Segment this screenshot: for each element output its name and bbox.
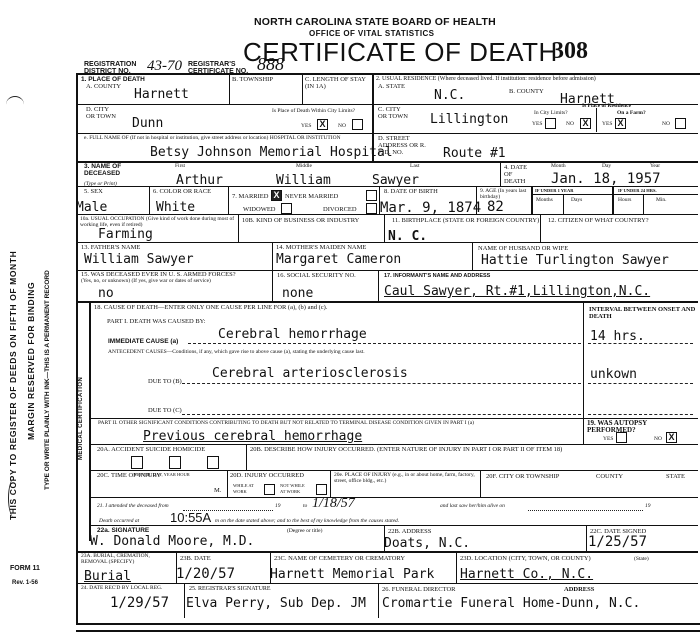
widowed-checkbox[interactable] xyxy=(281,203,292,214)
death-city-label: d. CITY OR TOWN xyxy=(86,106,118,120)
county-label: a. COUNTY xyxy=(86,83,121,90)
attended-to-label: to xyxy=(303,503,307,509)
on-farm-no-checkbox[interactable] xyxy=(675,118,686,129)
burial-location-label: 23d. LOCATION (City, town, or county) xyxy=(460,555,591,562)
margin-instruction-3: TYPE OR WRITE PLAINLY WITH INK—THIS IS A… xyxy=(44,270,51,490)
on-farm-label: On a Farm? xyxy=(617,110,646,116)
due-to-b-interval-value: unkown xyxy=(590,368,637,382)
residence-city-value: Lillington xyxy=(430,113,508,127)
mother-name-label: 14. MOTHER'S MAIDEN NAME xyxy=(276,244,366,251)
first-name-label: First xyxy=(175,163,185,169)
armed-forces-sublabel: (Yes, no, or unknown) (If yes, give war … xyxy=(81,278,211,284)
physician-address-label: 22b. ADDRESS xyxy=(388,528,431,535)
while-at-work-label: WHILE AT WORK xyxy=(233,483,258,495)
divorced-checkbox[interactable] xyxy=(366,203,377,214)
middle-name-label: Middle xyxy=(296,163,312,169)
within-city-yes-label: YES xyxy=(301,123,311,129)
within-city-yes-checkbox[interactable]: X xyxy=(317,119,328,130)
armed-forces-value: no xyxy=(98,287,114,301)
informant-value: Caul Sawyer, Rt.#1,Lillington,N.C. xyxy=(384,285,650,299)
father-name-value: William Sawyer xyxy=(84,253,194,267)
burial-date-label: 23b. DATE xyxy=(180,555,211,562)
on-farm-yes-checkbox[interactable]: X xyxy=(615,118,626,129)
interval-label: INTERVAL BETWEEN ONSET AND DEATH xyxy=(589,306,697,320)
margin-bracket-top xyxy=(6,96,24,113)
death-city-value: Dunn xyxy=(132,117,163,131)
burial-value: Burial xyxy=(84,570,131,584)
date-signed-value: 1/25/57 xyxy=(588,535,647,549)
citizen-label: 12. CITIZEN OF WHAT COUNTRY? xyxy=(548,217,649,224)
injury-state-label: STATE xyxy=(666,473,685,480)
physician-address-value: Doats, N.C. xyxy=(384,537,470,551)
street-address-value: Route #1 xyxy=(443,147,506,161)
birthplace-label: 11. BIRTHPLACE (State or foreign country… xyxy=(392,217,539,224)
residence-state-label: a. STATE xyxy=(378,83,405,90)
autopsy-no-label: NO xyxy=(654,436,662,442)
date-of-death-value: Jan. 18, 1957 xyxy=(551,172,661,186)
attended-nineteen-2: 19 xyxy=(645,503,651,509)
accident-checkbox[interactable] xyxy=(131,456,143,469)
race-value: White xyxy=(156,201,195,215)
part-one-label: PART I. DEATH WAS CAUSED BY: xyxy=(107,318,206,325)
injury-county-label: COUNTY xyxy=(596,473,623,480)
residence-county-label: b. COUNTY xyxy=(509,88,544,95)
last-saw-label: and last saw her/him alive on xyxy=(440,503,505,509)
not-at-work-checkbox[interactable] xyxy=(316,484,327,495)
in-city-limits-label: In City Limits? xyxy=(534,110,568,116)
never-married-label: NEVER MARRIED xyxy=(285,193,338,200)
attended-to-date: 1/18/57 xyxy=(312,496,355,512)
injury-occurred-label: 20d. INJURY OCCURRED xyxy=(230,472,304,479)
immediate-cause-label: IMMEDIATE CAUSE (a) xyxy=(108,338,178,345)
burial-state-label: (State) xyxy=(634,556,649,562)
deceased-name-label: 3. NAME OF DECEASED xyxy=(84,163,134,177)
length-of-stay-label: c. LENGTH OF STAY (in 1a) xyxy=(305,76,370,90)
year-label: Year xyxy=(650,163,660,169)
autopsy-yes-label: YES xyxy=(603,436,613,442)
in-city-yes-label: YES xyxy=(532,121,542,127)
married-checkbox[interactable]: X xyxy=(271,190,282,201)
funeral-director-label: 26. FUNERAL DIRECTOR xyxy=(382,586,456,593)
medical-certification-label: MEDICAL CERTIFICATION xyxy=(78,377,84,460)
ssn-label: 16. SOCIAL SECURITY NO. xyxy=(277,272,356,279)
race-label: 6. COLOR OR RACE xyxy=(153,188,211,195)
registrar-certificate-value: 888 xyxy=(257,54,284,75)
margin-bracket-bottom xyxy=(8,478,21,518)
date-received-value: 1/29/57 xyxy=(110,596,169,610)
death-occurred-label: Death occurred at xyxy=(99,518,139,524)
degree-title-label: (Degree or title) xyxy=(287,528,322,534)
date-of-birth-label: 8. DATE OF BIRTH xyxy=(384,188,438,195)
form-number: FORM 11 xyxy=(10,565,40,572)
in-city-yes-checkbox[interactable] xyxy=(545,118,556,129)
spouse-name-label: NAME OF HUSBAND OR WIFE xyxy=(478,245,568,252)
age-value: 82 xyxy=(487,200,504,214)
street-address-label: d. STREET ADDRESS or R. F. D. No. xyxy=(378,135,428,156)
time-of-injury-sublabel: MONTH, DAY, YEAR HOUR xyxy=(134,472,190,478)
autopsy-yes-checkbox[interactable] xyxy=(616,432,627,443)
days-label: Days xyxy=(571,197,582,203)
hours-label: Hours xyxy=(618,197,631,203)
certificate-number: 308 xyxy=(552,38,588,65)
minutes-label: Min. xyxy=(656,197,667,203)
months-label: Months xyxy=(536,197,553,203)
death-county-value: Harnett xyxy=(134,88,189,102)
due-to-b-value: Cerebral arteriosclerosis xyxy=(212,367,408,381)
death-occurred-suffix: m on the date stated above; and to the b… xyxy=(215,518,399,524)
place-of-injury-label: 20e. PLACE OF INJURY (e.g., in or about … xyxy=(334,472,484,484)
residence-label: 2. USUAL RESIDENCE (Where deceased lived… xyxy=(376,76,596,83)
place-of-residence-label: Is Place of Residence xyxy=(582,103,631,109)
due-to-b-label: DUE TO (b) xyxy=(148,378,182,385)
on-farm-yes-label: YES xyxy=(602,121,612,127)
armed-forces-label: 15. WAS DECEASED EVER IN U. S. ARMED FOR… xyxy=(81,271,236,278)
burial-location-value: Harnett Co., N.C. xyxy=(460,568,593,582)
burial-label: 23a. BURIAL, CREMATION, REMOVAL (Specify… xyxy=(81,553,176,565)
funeral-director-address-label: ADDRESS xyxy=(564,586,594,593)
within-city-no-label: NO xyxy=(338,123,346,129)
date-received-label: 24. DATE REC'D BY LOCAL REG. xyxy=(81,585,186,591)
autopsy-label: 19. WAS AUTOPSY PERFORMED? xyxy=(587,420,677,434)
part-two-value: Previous cerebral hemorrhage xyxy=(143,430,362,444)
in-city-no-label: NO xyxy=(566,121,574,127)
day-label: Day xyxy=(602,163,611,169)
residence-city-label: c. CITY OR TOWN xyxy=(378,106,410,120)
burial-date-value: 1/20/57 xyxy=(176,567,235,581)
part-two-label: PART II. OTHER SIGNIFICANT CONDITIONS CO… xyxy=(98,420,578,426)
father-name-label: 13. FATHER'S NAME xyxy=(81,244,140,251)
attended-from-label: 21. I attended the deceased from xyxy=(97,503,169,509)
place-of-death-label: 1. PLACE OF DEATH xyxy=(81,76,145,83)
occupation-value: Farming xyxy=(98,228,153,242)
immediate-cause-value: Cerebral hemorrhage xyxy=(218,328,367,342)
form-revision: Rev. 1-56 xyxy=(12,580,38,586)
attended-nineteen-1: 19 xyxy=(275,503,281,509)
sex-label: 5. SEX xyxy=(84,188,103,195)
not-at-work-label: NOT WHILE AT WORK xyxy=(280,483,310,495)
physician-signature-value: W. Donald Moore, M.D. xyxy=(90,535,254,549)
certificate-title: CERTIFICATE OF DEATH xyxy=(243,37,558,68)
cause-of-death-label: 18. CAUSE OF DEATH—ENTER ONLY ONE CAUSE … xyxy=(94,304,327,311)
in-city-no-checkbox[interactable]: X xyxy=(580,118,591,129)
sex-value: Male xyxy=(76,201,107,215)
homicide-checkbox[interactable] xyxy=(207,456,219,469)
informant-label: 17. INFORMANT'S NAME AND ADDRESS xyxy=(384,273,490,280)
within-city-label: Is Place of Death Within City Limits? xyxy=(272,108,367,114)
month-label: Month xyxy=(551,163,566,169)
never-married-checkbox[interactable] xyxy=(366,190,377,201)
married-label: 7. MARRIED xyxy=(232,193,268,200)
am-pm-label: M. xyxy=(214,488,221,494)
hospital-value: Betsy Johnson Memorial Hospital xyxy=(150,146,393,160)
suicide-checkbox[interactable] xyxy=(169,456,181,469)
immediate-interval-value: 14 hrs. xyxy=(590,330,645,344)
mother-name-value: Margaret Cameron xyxy=(276,253,401,267)
date-of-birth-value: Mar. 9, 1874 xyxy=(380,201,481,215)
spouse-name-value: Hattie Turlington Sawyer xyxy=(481,254,669,268)
registrar-signature-value: Elva Perry, Sub Dep. JM xyxy=(186,597,366,611)
cemetery-value: Harnett Memorial Park xyxy=(270,568,434,582)
signature-label: 22a. SIGNATURE xyxy=(97,527,149,534)
business-label: 10b. KIND OF BUSINESS OR INDUSTRY xyxy=(242,217,359,224)
due-to-c-label: DUE TO (c) xyxy=(148,407,182,414)
funeral-director-value: Cromartie Funeral Home-Dunn, N.C. xyxy=(382,597,640,611)
antecedent-causes-label: ANTECEDENT CAUSES—Conditions, if any, wh… xyxy=(108,349,365,355)
within-city-no-checkbox[interactable] xyxy=(352,119,363,130)
board-heading: NORTH CAROLINA STATE BOARD OF HEALTH xyxy=(254,16,496,28)
hospital-label: e. FULL NAME OF (If not in hospital or i… xyxy=(84,135,369,141)
autopsy-no-checkbox[interactable]: X xyxy=(666,432,677,443)
residence-state-value: N.C. xyxy=(434,89,465,103)
registrar-signature-label: 25. REGISTRAR'S SIGNATURE xyxy=(189,586,271,593)
margin-instruction-2: MARGIN RESERVED FOR BINDING xyxy=(26,282,36,440)
cemetery-label: 23c. NAME OF CEMETERY OR CREMATORY xyxy=(274,555,405,562)
on-farm-no-label: NO xyxy=(662,121,670,127)
describe-injury-label: 20b. DESCRIBE HOW INJURY OCCURRED. (Ente… xyxy=(250,446,562,453)
township-label: b. TOWNSHIP xyxy=(232,76,273,83)
widowed-label: WIDOWED xyxy=(243,206,276,213)
divorced-label: DIVORCED xyxy=(323,206,357,213)
date-of-death-label: 4. DATE OF DEATH xyxy=(504,164,534,185)
while-at-work-checkbox[interactable] xyxy=(264,484,275,495)
ssn-value: none xyxy=(282,287,313,301)
accident-type-label: 20a. ACCIDENT SUICIDE HOMICIDE xyxy=(97,446,205,453)
death-time-value: 10:55A xyxy=(170,511,211,525)
last-name-label: Last xyxy=(410,163,419,169)
injury-city-label: 20f. CITY OR TOWNSHIP xyxy=(486,473,559,480)
